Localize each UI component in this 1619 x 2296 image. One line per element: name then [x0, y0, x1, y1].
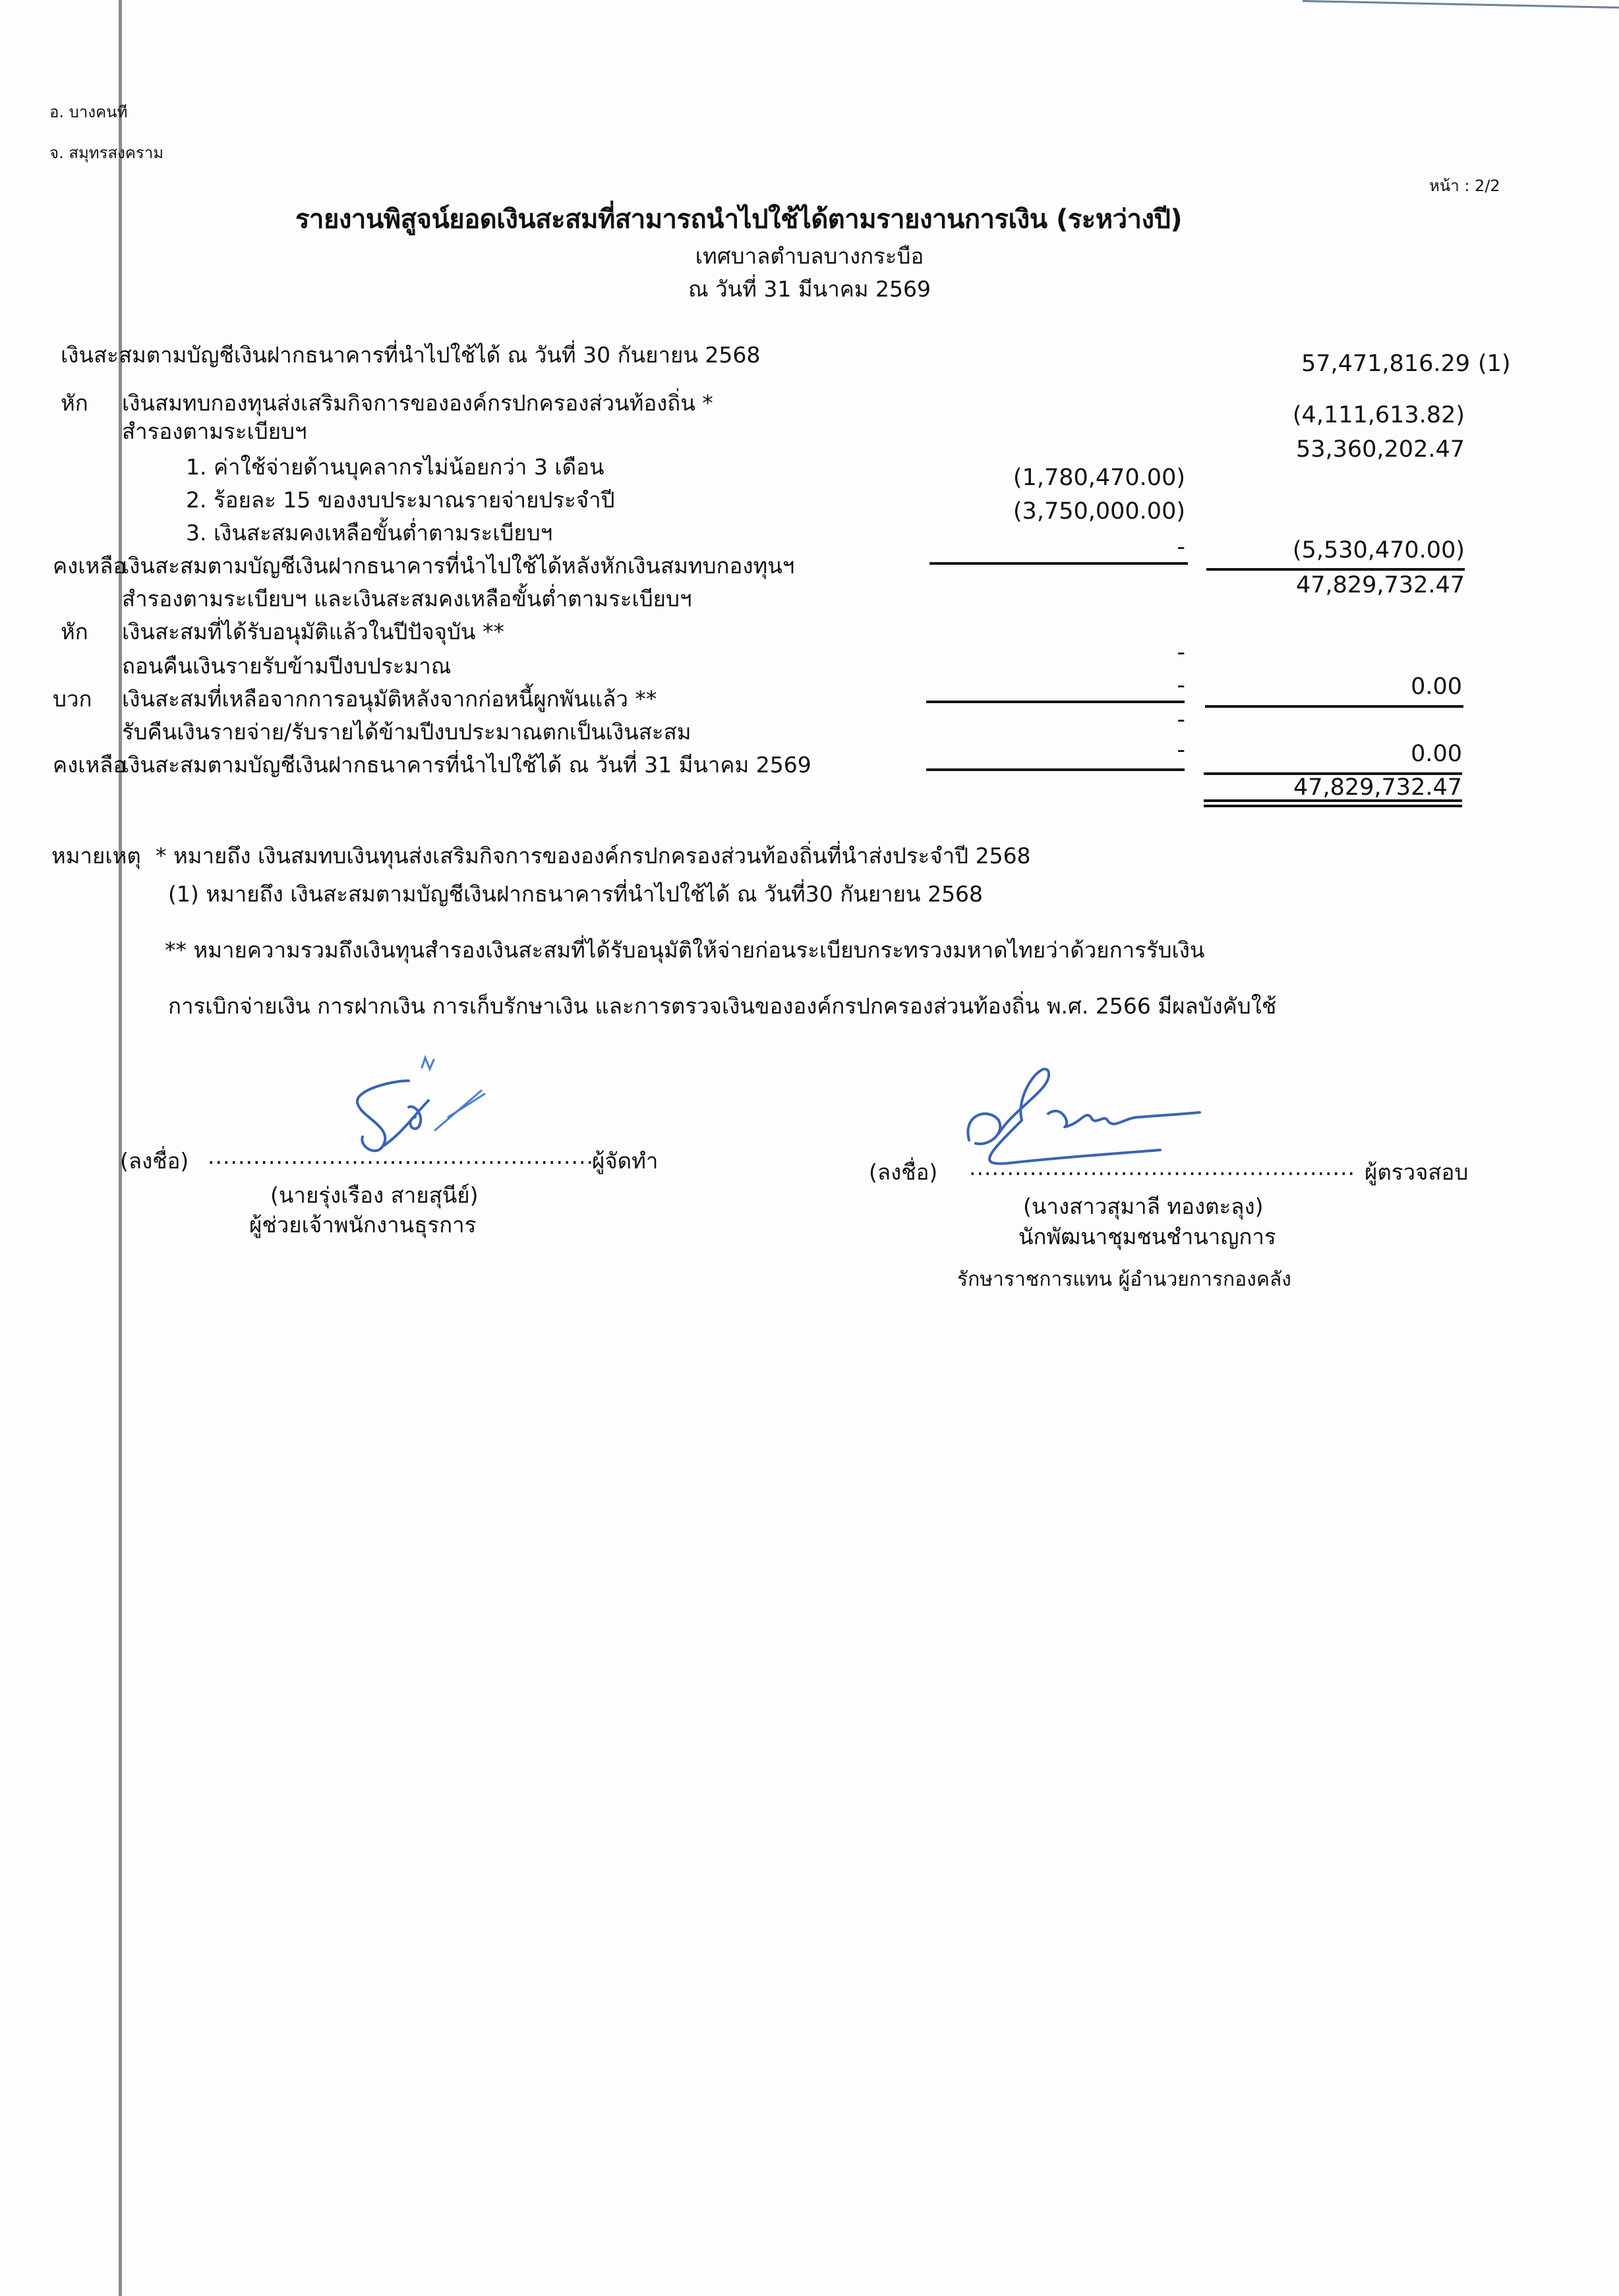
- add-prefix: บวก: [53, 681, 92, 716]
- note-double-star-2: การเบิกจ่ายเงิน การฝากเงิน การเก็บรักษาเ…: [168, 989, 1276, 1023]
- closing-prefix: คงเหลือ: [53, 747, 126, 782]
- fund-contribution-amount: (4,111,613.82): [1226, 402, 1465, 428]
- reviewer-signature-line: ........................................…: [969, 1155, 1355, 1180]
- reserve-total-amount: (5,530,470.00): [1226, 537, 1465, 563]
- balance-after-reserve-label-2: สำรองตามระเบียบฯ และเงินสะสมคงเหลือขั้นต…: [122, 581, 692, 616]
- subtotal-rule: [929, 562, 1188, 565]
- approved-total-amount: 0.00: [1226, 674, 1462, 700]
- subtotal-rule: [926, 701, 1185, 703]
- addback-item-amount: -: [956, 706, 1185, 733]
- reserve-item-amount: (3,750,000.00): [956, 498, 1185, 525]
- subtotal-rule: [1206, 568, 1465, 571]
- approved-item-amount: -: [956, 639, 1185, 666]
- subtotal-rule: [1205, 705, 1463, 708]
- note-star: * หมายถึง เงินสมทบเงินทุนส่งเสริมกิจการข…: [156, 838, 1031, 873]
- preparer-position: ผู้ช่วยเจ้าพนักงานธุรการ: [249, 1207, 476, 1242]
- scan-edge-artifact: [1303, 0, 1619, 14]
- note-double-star-1: ** หมายความรวมถึงเงินทุนสำรองเงินสะสมที่…: [165, 933, 1204, 967]
- report-title: รายงานพิสูจน์ยอดเงินสะสมที่สามารถนำไปใช้…: [295, 198, 1182, 240]
- opening-balance-amount: 57,471,816.29: [1226, 351, 1470, 377]
- province-label: จ. สมุทรสงคราม: [49, 140, 163, 165]
- balance-after-reserve-label-1: เงินสะสมตามบัญชีเงินฝากธนาคารที่นำไปใช้ไ…: [122, 548, 794, 583]
- deduct-prefix: หัก: [61, 614, 88, 649]
- reviewer-acting-title: รักษาราชการแทน ผู้อำนวยการกองคลัง: [957, 1264, 1291, 1295]
- organization-name: เทศบาลตำบลบางกระบือ: [0, 239, 1619, 273]
- reserve-item-label: 3. เงินสะสมคงเหลือขั้นต่ำตามระเบียบฯ: [186, 515, 552, 550]
- addback-item-label: รับคืนเงินรายจ่าย/รับรายได้ข้ามปีงบประมา…: [122, 714, 692, 749]
- reserve-item-label: 1. ค่าใช้จ่ายด้านบุคลากรไม่น้อยกว่า 3 เด…: [186, 449, 604, 484]
- opening-note-ref: (1): [1478, 351, 1511, 377]
- addback-item-label: เงินสะสมที่เหลือจากการอนุมัติหลังจากก่อห…: [122, 681, 657, 716]
- reserve-item-label: 2. ร้อยละ 15 ของงบประมาณรายจ่ายประจำปี: [186, 482, 615, 517]
- deduct-prefix: หัก: [61, 386, 88, 420]
- balance-after-reserve-amount: 47,829,732.47: [1226, 572, 1465, 598]
- report-date: ณ วันที่ 31 มีนาคม 2569: [0, 272, 1619, 306]
- notes-heading: หมายเหตุ: [51, 838, 141, 873]
- reviewer-position: นักพัฒนาชุมชนชำนาญการ: [1018, 1219, 1276, 1254]
- reviewer-sign-label: (ลงชื่อ): [869, 1155, 937, 1190]
- addback-total-amount: 0.00: [1226, 741, 1462, 767]
- after-fund-subtotal: 53,360,202.47: [1226, 436, 1465, 463]
- grand-total-double-rule: [1204, 799, 1462, 807]
- preparer-signature-line: ........................................…: [208, 1143, 594, 1169]
- preparer-role: ผู้จัดทำ: [592, 1143, 658, 1178]
- reserve-label: สำรองตามระเบียบฯ: [122, 414, 307, 449]
- closing-balance-amount: 47,829,732.47: [1226, 774, 1462, 801]
- closing-balance-label: เงินสะสมตามบัญชีเงินฝากธนาคารที่นำไปใช้ไ…: [122, 747, 811, 782]
- opening-balance-label: เงินสะสมตามบัญชีเงินฝากธนาคารที่นำไปใช้ไ…: [61, 337, 760, 372]
- reserve-item-amount: -: [956, 534, 1185, 560]
- approved-item-label: เงินสะสมที่ได้รับอนุมัติแล้วในปีปัจจุบัน…: [122, 614, 504, 649]
- reviewer-role: ผู้ตรวจสอบ: [1365, 1155, 1468, 1190]
- reserve-item-amount: (1,780,470.00): [956, 465, 1185, 491]
- note-1: (1) หมายถึง เงินสะสมตามบัญชีเงินฝากธนาคา…: [168, 876, 983, 911]
- addback-item-amount: -: [956, 737, 1185, 763]
- balance-prefix: คงเหลือ: [53, 548, 126, 583]
- approved-item-label: ถอนคืนเงินรายรับข้ามปีงบประมาณ: [122, 648, 451, 683]
- approved-item-amount: -: [956, 672, 1185, 699]
- preparer-sign-label: (ลงชื่อ): [120, 1143, 189, 1178]
- page-number: หน้า : 2/2: [1429, 173, 1500, 198]
- subtotal-rule: [926, 768, 1185, 771]
- district-label: อ. บางคนที: [49, 99, 127, 125]
